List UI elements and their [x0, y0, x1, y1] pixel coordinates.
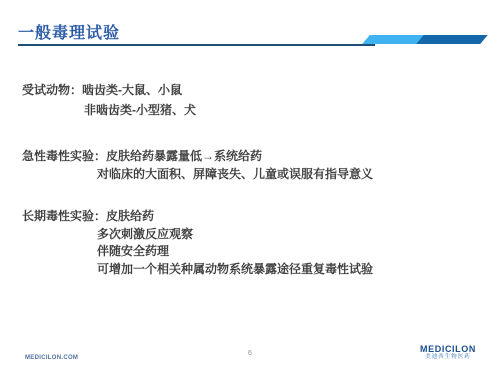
section-line: 非啮齿类-小型猪、犬: [84, 100, 196, 120]
section-acute-toxicity: 急性毒性实验：皮肤给药暴露量低→系统给药 对临床的大面积、屏障丧失、儿童或误服有…: [22, 148, 373, 183]
section-line: 可增加一个相关种属动物系统暴露途径重复毒性试验: [97, 261, 373, 279]
section-line: 多次刺激反应观察: [97, 226, 373, 244]
section-longterm-toxicity: 长期毒性实验：皮肤给药 多次刺激反应观察 伴随安全药理 可增加一个相关种属动物系…: [22, 208, 373, 278]
slide: 一般毒理试验 受试动物：啮齿类-大鼠、小鼠 非啮齿类-小型猪、犬 急性毒性实验：…: [0, 0, 500, 375]
logo-chinese-name: 美迪西生物医药: [406, 354, 490, 361]
section-line: 伴随安全药理: [97, 243, 373, 261]
medicilon-logo: MEDICILON 美迪西生物医药: [406, 344, 490, 361]
section-test-animals: 受试动物：啮齿类-大鼠、小鼠 非啮齿类-小型猪、犬: [22, 80, 196, 120]
section-text: 皮肤给药暴露量低→系统给药: [106, 149, 262, 163]
logo-wordmark: MEDICILON: [406, 344, 490, 354]
section-label: 受试动物：: [22, 83, 82, 97]
section-label: 长期毒性实验：: [22, 209, 106, 223]
section-line: 急性毒性实验：皮肤给药暴露量低→系统给药: [22, 148, 373, 166]
slide-title: 一般毒理试验: [18, 20, 120, 43]
section-line: 受试动物：啮齿类-大鼠、小鼠: [22, 80, 196, 100]
section-text: 皮肤给药: [106, 209, 154, 223]
section-line: 对临床的大面积、屏障丧失、儿童或误服有指导意义: [97, 166, 373, 184]
section-text: 啮齿类-大鼠、小鼠: [82, 83, 182, 97]
section-line: 长期毒性实验：皮肤给药: [22, 208, 373, 226]
title-underline: [18, 44, 375, 46]
accent-parallelogram-dark: [416, 35, 488, 44]
section-label: 急性毒性实验：: [22, 149, 106, 163]
